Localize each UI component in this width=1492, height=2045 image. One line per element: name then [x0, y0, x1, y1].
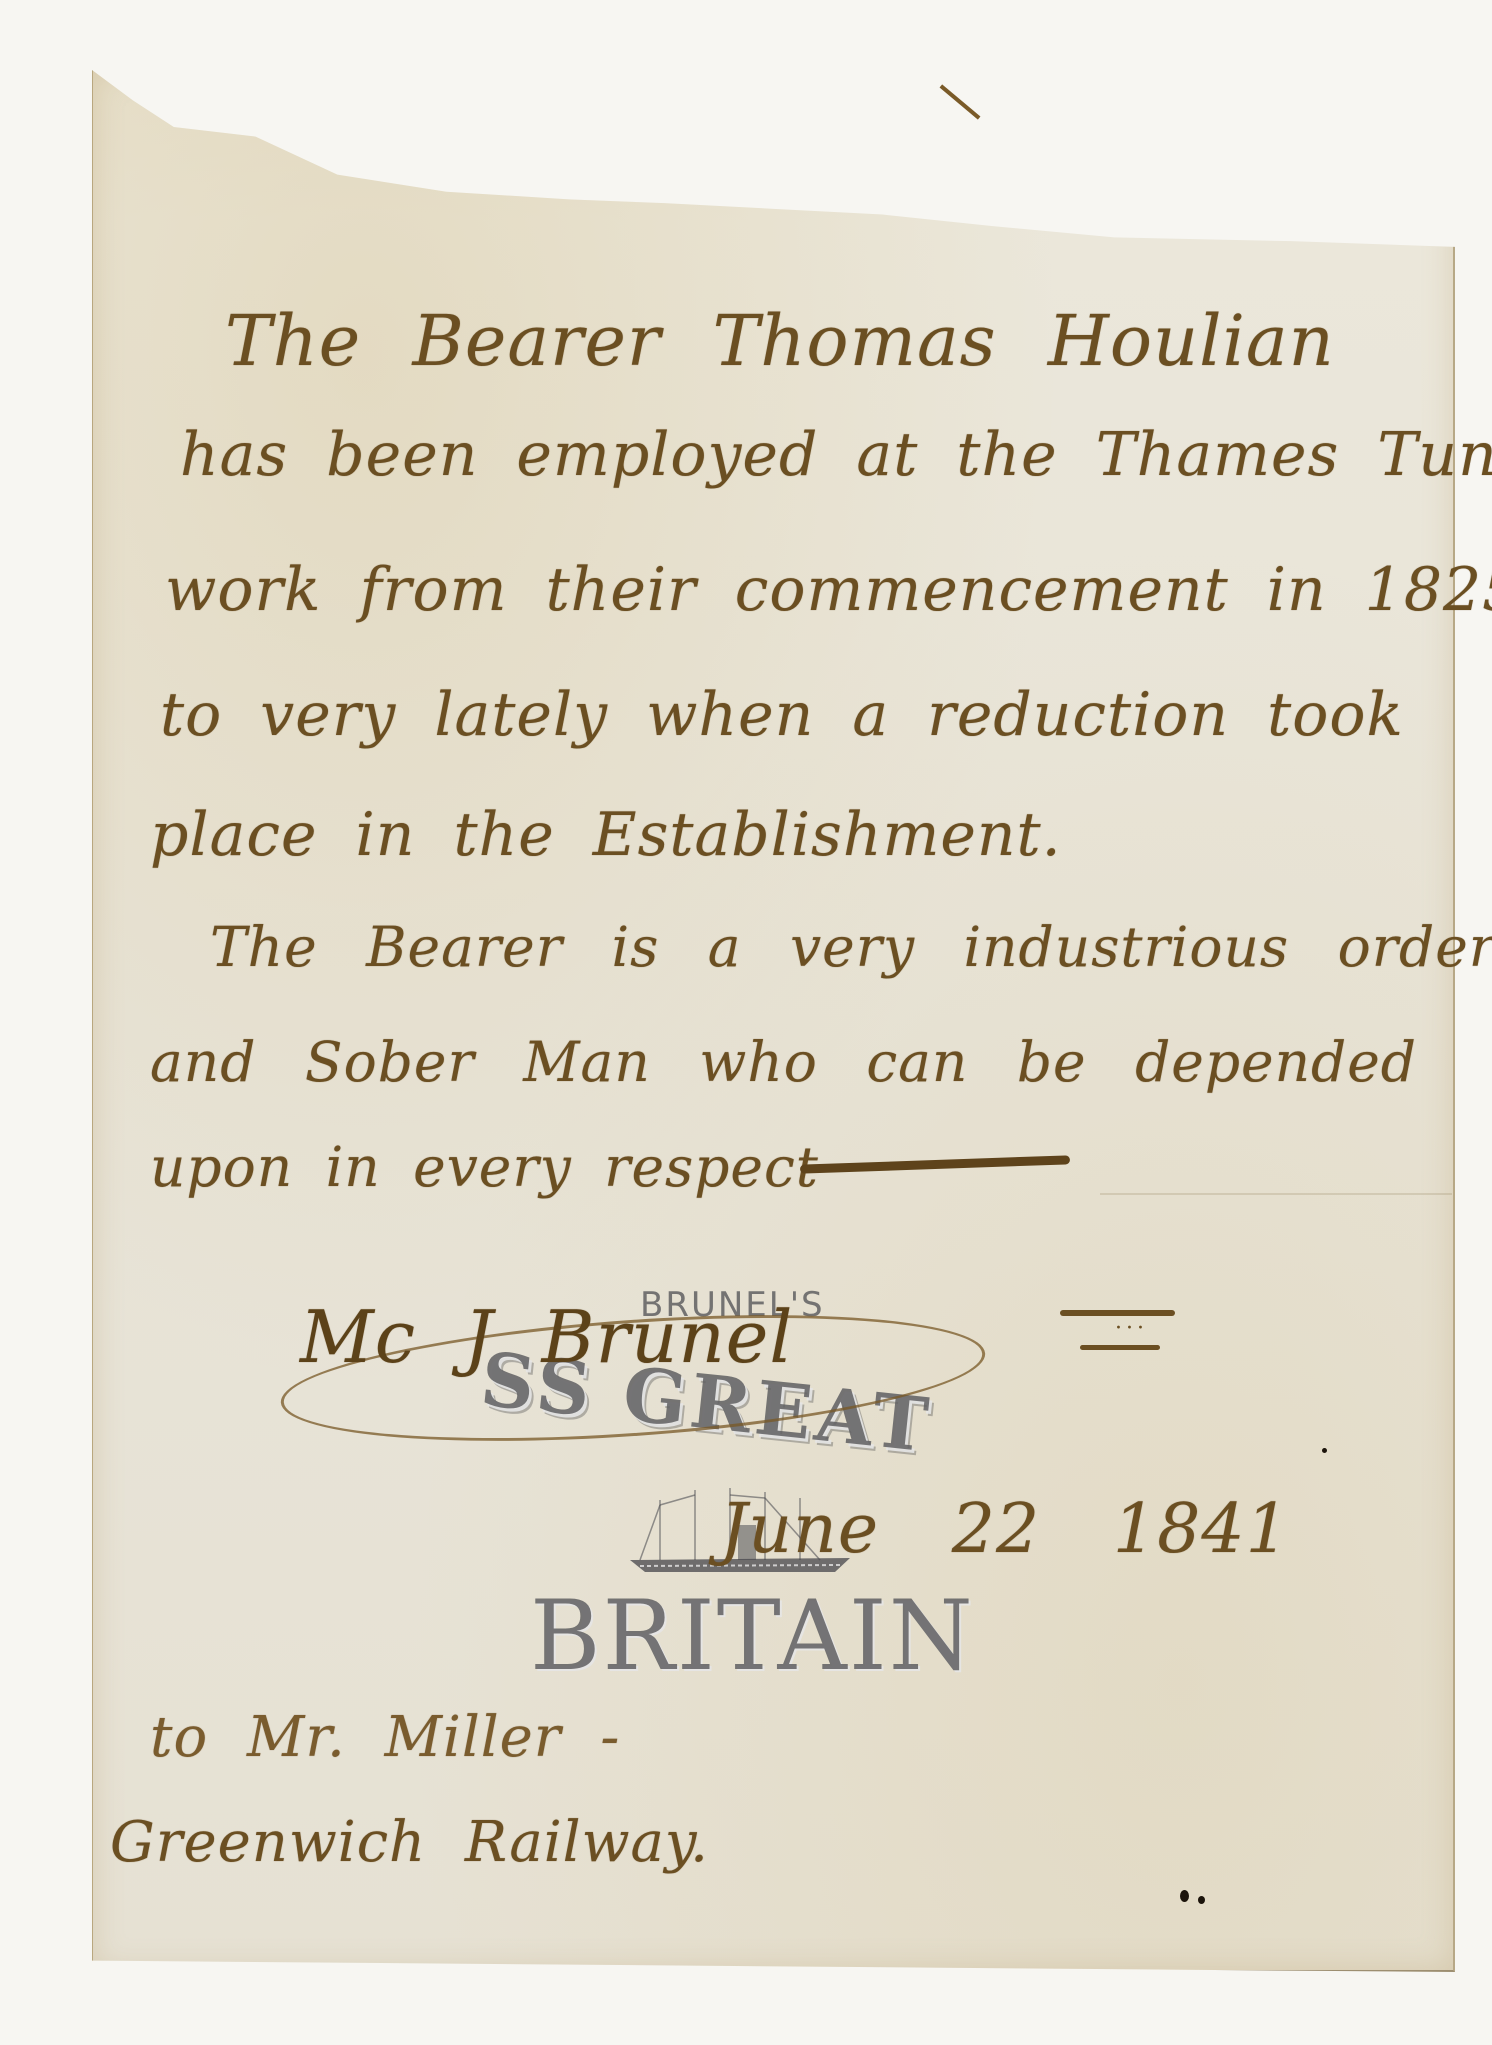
paper-fold-line — [1100, 1193, 1452, 1195]
signature-dash — [1080, 1345, 1160, 1350]
signature: Mc J Brunel — [300, 1295, 793, 1379]
ink-mark — [940, 84, 981, 119]
letter-line-8: upon in every respect — [150, 1135, 819, 1199]
letter-line-5: place in the Establishment. — [150, 800, 1062, 870]
watermark-britain: BRITAIN — [530, 1580, 975, 1692]
signature-dots: ··· — [1115, 1316, 1148, 1341]
ink-spot — [1198, 1896, 1205, 1904]
letter-line-7: and Sober Man who can be depended — [150, 1030, 1417, 1094]
letter-line-3: work from their commencement in 1825 — [165, 555, 1492, 625]
ink-spot — [1322, 1448, 1327, 1453]
letter-line-4: to very lately when a reduction took — [160, 680, 1404, 750]
addressee-company: Greenwich Railway. — [110, 1810, 709, 1875]
addressee-name: to Mr. Miller - — [150, 1705, 620, 1770]
letter-line-1: The Bearer Thomas Houlian — [225, 300, 1335, 382]
letter-date: June 22 1841 — [720, 1490, 1290, 1569]
letter-line-6: The Bearer is a very industrious orderly — [210, 915, 1492, 979]
ink-spot — [1180, 1890, 1189, 1902]
letter-line-2: has been employed at the Thames Tunnel — [180, 420, 1492, 490]
